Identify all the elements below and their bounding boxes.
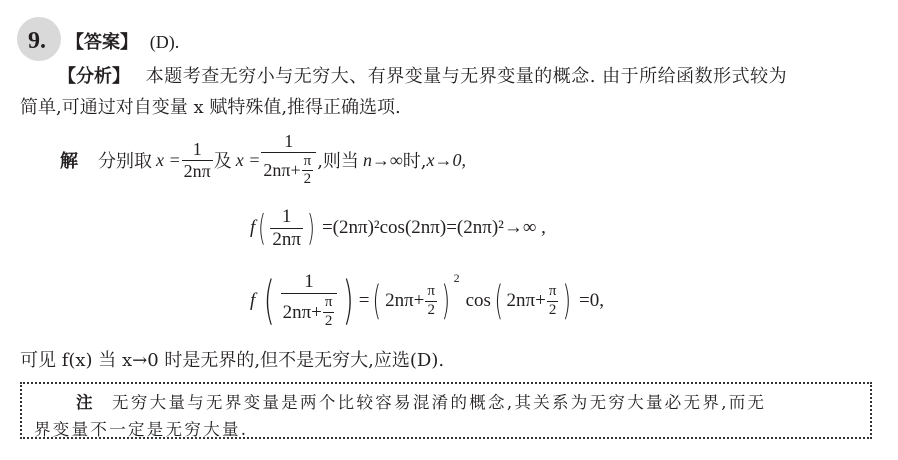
cos: cos: [466, 290, 491, 312]
equals: =: [359, 290, 370, 312]
frac-den: 2nπ+ π 2: [281, 293, 338, 330]
x-to-zero: x→0,: [427, 150, 467, 171]
answer-label: 【答案】: [66, 32, 138, 53]
frac-num: 1: [282, 132, 295, 152]
frac-num: 1: [191, 140, 204, 160]
frac-den: 2nπ: [270, 228, 303, 250]
solution-intro: 解 分别取 x = 1 2nπ 及 x = 1 2nπ+ π 2 ,则当 n→∞…: [60, 128, 466, 192]
answer-line: 【答案】 (D).: [66, 31, 179, 54]
x-equals-2: x =: [236, 150, 261, 171]
fraction-1-over-2npi-plus-pi-half: 1 2nπ+ π 2: [261, 132, 316, 188]
pi: π: [302, 154, 314, 171]
time-text: 时,: [403, 147, 427, 173]
den-prefix: 2nπ+: [283, 303, 322, 323]
exponent: 2: [454, 271, 460, 286]
equation-1-rhs: =(2nπ)²cos(2nπ)=(2nπ)²→∞ ,: [322, 217, 546, 239]
pi: π: [547, 284, 559, 301]
note-line-2: 界变量不一定是无穷大量.: [34, 416, 248, 440]
conclusion: 可见 f(x) 当 x→0 时是无界的,但不是无穷大,应选(D).: [20, 350, 444, 372]
den-prefix: 2nπ+: [263, 161, 300, 180]
f-symbol: f: [250, 217, 255, 239]
frac-den: 2nπ: [182, 160, 213, 181]
two: 2: [323, 312, 335, 330]
frac-num: 1: [302, 272, 316, 293]
analysis-line-2: 简单,可通过对自变量 x 赋特殊值,推得正确选项.: [20, 97, 401, 119]
f-symbol: f: [250, 290, 255, 312]
base-expr: 2nπ+: [385, 290, 424, 312]
pi-over-2: π 2: [547, 284, 559, 319]
analysis-line-1: 【分析】 本题考查无穷小与无穷大、有界变量与无界变量的概念. 由于所给函数形式较…: [58, 66, 787, 88]
n-to-infinity: n→∞: [363, 150, 403, 171]
note-label: 注: [76, 393, 93, 412]
fraction-1-over-2npi-plus-pi-half: 1 2nπ+ π 2: [281, 272, 338, 329]
intro-text: 分别取: [98, 147, 152, 173]
note-text-1: 无穷大量与无界变量是两个比较容易混淆的概念,其关系为无穷大量必无界,而无: [112, 393, 766, 412]
and-text: 及: [214, 147, 232, 173]
pi-over-2: π 2: [302, 154, 314, 189]
cos-arg: 2nπ+: [507, 290, 546, 312]
question-number: 9.: [28, 28, 46, 55]
pi-over-2: π 2: [323, 295, 335, 330]
solution-label: 解: [60, 147, 78, 173]
fraction-1-over-2npi: 1 2nπ: [270, 207, 303, 250]
pi-over-2: π 2: [425, 284, 437, 319]
analysis-label: 【分析】: [58, 66, 130, 87]
frac-den: 2nπ+ π 2: [261, 152, 316, 189]
note-box: 注 无穷大量与无界变量是两个比较容易混淆的概念,其关系为无穷大量必无界,而无 界…: [20, 382, 872, 439]
two: 2: [425, 301, 437, 319]
then-text: ,则当: [317, 147, 359, 173]
fraction-1-over-2npi: 1 2nπ: [182, 140, 213, 181]
answer-value: (D).: [150, 32, 180, 52]
x-equals: x =: [156, 150, 181, 171]
note-line-1: 注 无穷大量与无界变量是两个比较容易混淆的概念,其关系为无穷大量必无界,而无: [76, 389, 766, 413]
two: 2: [302, 170, 314, 188]
pi: π: [425, 284, 437, 301]
equation-1: f ( 1 2nπ ) =(2nπ)²cos(2nπ)=(2nπ)²→∞ ,: [250, 203, 546, 253]
frac-num: 1: [280, 207, 294, 228]
equals-zero: =0,: [579, 290, 604, 312]
analysis-text-1: 本题考查无穷小与无穷大、有界变量与无界变量的概念. 由于所给函数形式较为: [146, 66, 787, 87]
two: 2: [547, 301, 559, 319]
equation-2: f ( 1 2nπ+ π 2 ) = ( 2nπ+ π 2 ) 2 cos ( …: [250, 265, 604, 337]
pi: π: [323, 295, 335, 312]
